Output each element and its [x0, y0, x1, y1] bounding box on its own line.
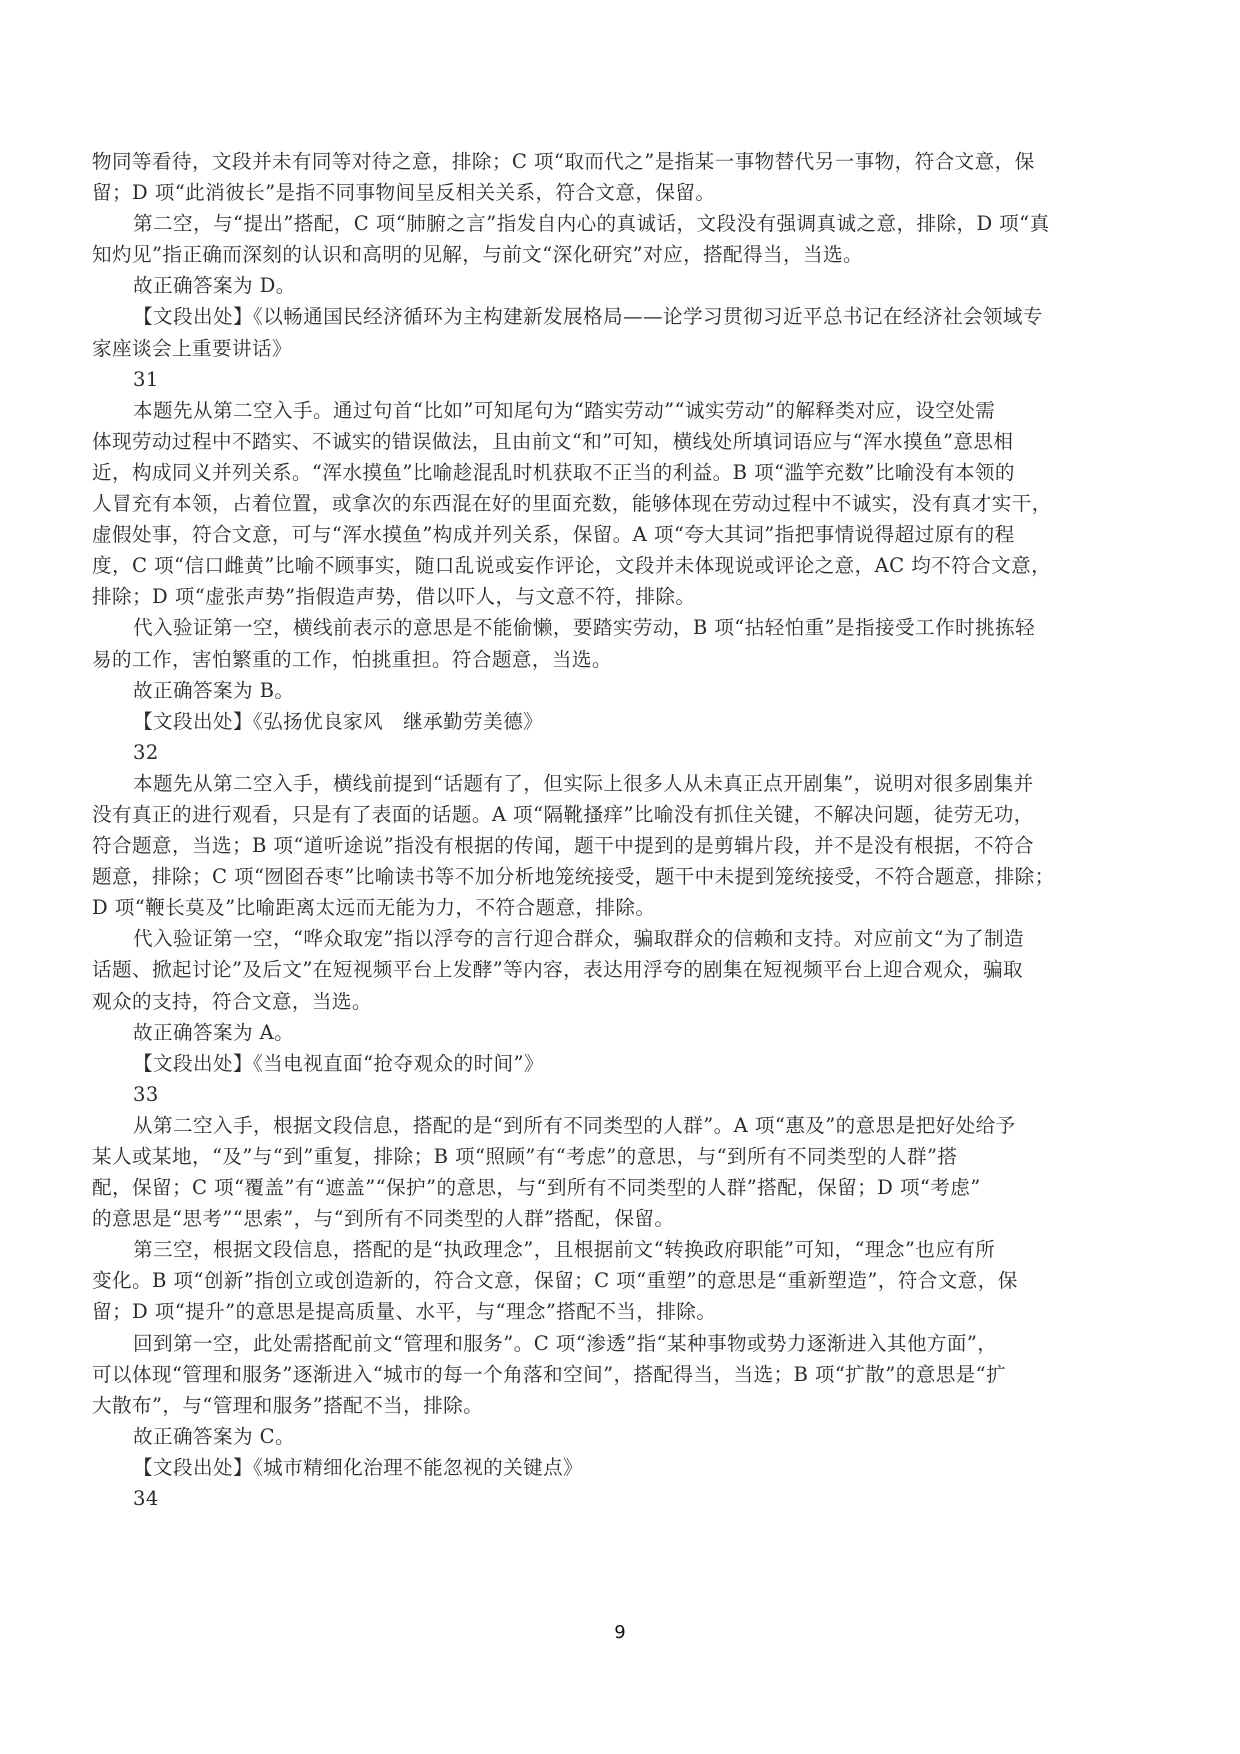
text-line: 家座谈会上重要讲话》: [92, 333, 1144, 364]
text-line: 第二空，与“提出”搭配，C 项“肺腑之言”指发自内心的真诚话，文段没有强调真诚之…: [92, 208, 1144, 239]
text-line: 31: [92, 364, 1144, 395]
text-line: 32: [92, 737, 1144, 768]
text-line: 留；D 项“提升”的意思是提高质量、水平，与“理念”搭配不当，排除。: [92, 1296, 1144, 1327]
text-line: 知灼见”指正确而深刻的认识和高明的见解，与前文“深化研究”对应，搭配得当，当选。: [92, 239, 1144, 270]
text-line: 没有真正的进行观看，只是有了表面的话题。A 项“隔靴搔痒”比喻没有抓住关键，不解…: [92, 799, 1144, 830]
text-line: 【文段出处】《城市精细化治理不能忽视的关键点》: [92, 1452, 1144, 1483]
text-line: 近，构成同义并列关系。“浑水摸鱼”比喻趁混乱时机获取不正当的利益。B 项“滥竽充…: [92, 457, 1144, 488]
text-line: 排除；D 项“虚张声势”指假造声势，借以吓人，与文意不符，排除。: [92, 581, 1144, 612]
text-line: 代入验证第一空，“哗众取宠”指以浮夸的言行迎合群众，骗取群众的信赖和支持。对应前…: [92, 923, 1144, 954]
text-line: 代入验证第一空，横线前表示的意思是不能偷懒，要踏实劳动，B 项“拈轻怕重”是指接…: [92, 612, 1144, 643]
text-line: 故正确答案为 D。: [92, 270, 1144, 301]
text-line: 可以体现“管理和服务”逐渐进入“城市的每一个角落和空间”，搭配得当，当选；B 项…: [92, 1359, 1144, 1390]
text-line: 人冒充有本领，占着位置，或拿次的东西混在好的里面充数，能够体现在劳动过程中不诚实…: [92, 488, 1144, 519]
text-line: 的意思是“思考”“思索”，与“到所有不同类型的人群”搭配，保留。: [92, 1203, 1144, 1234]
text-line: D 项“鞭长莫及”比喻距离太远而无能为力，不符合题意，排除。: [92, 892, 1144, 923]
text-line: 回到第一空，此处需搭配前文“管理和服务”。C 项“渗透”指“某种事物或势力逐渐进…: [92, 1328, 1144, 1359]
text-line: 本题先从第二空入手，横线前提到“话题有了，但实际上很多人从未真正点开剧集”，说明…: [92, 768, 1144, 799]
text-line: 故正确答案为 A。: [92, 1017, 1144, 1048]
text-line: 体现劳动过程中不踏实、不诚实的错误做法，且由前文“和”可知，横线处所填词语应与“…: [92, 426, 1144, 457]
text-line: 虚假处事，符合文意，可与“浑水摸鱼”构成并列关系，保留。A 项“夸大其词”指把事…: [92, 519, 1144, 550]
text-line: 留；D 项“此消彼长”是指不同事物间呈反相关关系，符合文意，保留。: [92, 177, 1144, 208]
page-number: 9: [0, 1622, 1240, 1643]
text-line: 题意，排除；C 项“囫囵吞枣”比喻读书等不加分析地笼统接受，题干中未提到笼统接受…: [92, 861, 1144, 892]
text-line: 故正确答案为 B。: [92, 675, 1144, 706]
text-line: 大散布”，与“管理和服务”搭配不当，排除。: [92, 1390, 1144, 1421]
text-line: 从第二空入手，根据文段信息，搭配的是“到所有不同类型的人群”。A 项“惠及”的意…: [92, 1110, 1144, 1141]
text-line: 故正确答案为 C。: [92, 1421, 1144, 1452]
text-line: 【文段出处】《当电视直面“抢夺观众的时间”》: [92, 1048, 1144, 1079]
text-line: 变化。B 项“创新”指创立或创造新的，符合文意，保留；C 项“重塑”的意思是“重…: [92, 1265, 1144, 1296]
text-line: 本题先从第二空入手。通过句首“比如”可知尾句为“踏实劳动”“诚实劳动”的解释类对…: [92, 395, 1144, 426]
text-line: 易的工作，害怕繁重的工作，怕挑重担。符合题意，当选。: [92, 644, 1144, 675]
text-line: 34: [92, 1483, 1144, 1514]
text-line: 某人或某地，“及”与“到”重复，排除；B 项“照顾”有“考虑”的意思，与“到所有…: [92, 1141, 1144, 1172]
text-line: 观众的支持，符合文意，当选。: [92, 986, 1144, 1017]
text-line: 配，保留；C 项“覆盖”有“遮盖”“保护”的意思，与“到所有不同类型的人群”搭配…: [92, 1172, 1144, 1203]
text-line: 第三空，根据文段信息，搭配的是“执政理念”，且根据前文“转换政府职能”可知，“理…: [92, 1234, 1144, 1265]
text-line: 物同等看待，文段并未有同等对待之意，排除；C 项“取而代之”是指某一事物替代另一…: [92, 146, 1144, 177]
text-line: 符合题意，当选；B 项“道听途说”指没有根据的传闻，题干中提到的是剪辑片段，并不…: [92, 830, 1144, 861]
text-line: 【文段出处】《弘扬优良家风 继承勤劳美德》: [92, 706, 1144, 737]
text-line: 话题、掀起讨论”及后文”在短视频平台上发酵”等内容，表达用浮夸的剧集在短视频平台…: [92, 954, 1144, 985]
text-line: 33: [92, 1079, 1144, 1110]
text-line: 度，C 项“信口雌黄”比喻不顾事实，随口乱说或妄作评论，文段并未体现说或评论之意…: [92, 550, 1144, 581]
document-body: 物同等看待，文段并未有同等对待之意，排除；C 项“取而代之”是指某一事物替代另一…: [92, 146, 1144, 1514]
text-line: 【文段出处】《以畅通国民经济循环为主构建新发展格局——论学习贯彻习近平总书记在经…: [92, 301, 1144, 332]
